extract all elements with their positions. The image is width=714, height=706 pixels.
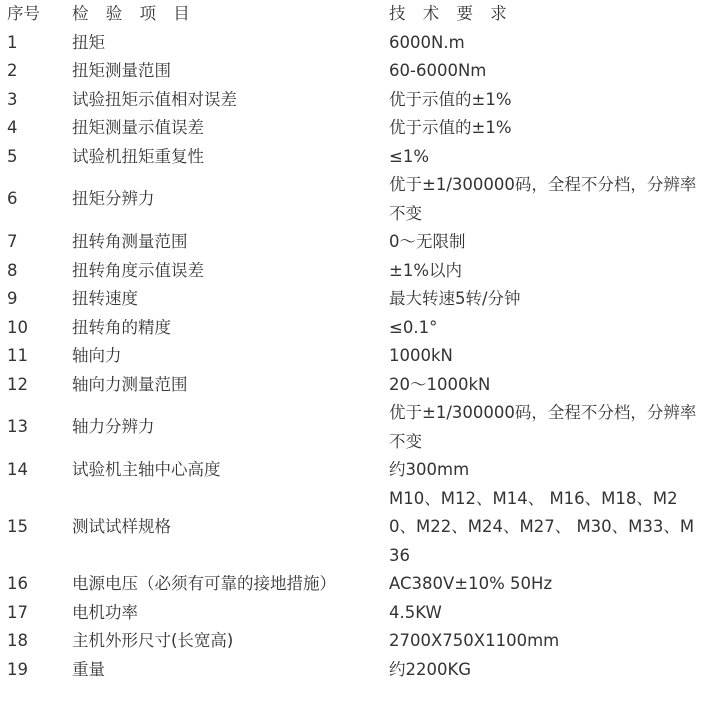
row-requirement: 6000N.m <box>389 29 714 58</box>
row-item: 扭矩 <box>72 29 389 58</box>
row-requirement: 20～1000kN <box>389 371 714 400</box>
table-row: 16 电源电压（必须有可靠的接地措施） AC380V±10% 50Hz <box>0 570 714 599</box>
header-requirement: 技 术 要 求 <box>389 0 714 29</box>
row-requirement: 优于示值的±1% <box>389 86 714 115</box>
row-index: 4 <box>0 114 72 143</box>
row-index: 8 <box>0 257 72 286</box>
table-row: 3 试验扭矩示值相对误差 优于示值的±1% <box>0 86 714 115</box>
row-index: 18 <box>0 627 72 656</box>
table-row: 6 扭矩分辨力 优于±1/300000码，全程不分档，分辨率不变 <box>0 171 714 228</box>
row-item: 主机外形尺寸(长宽高) <box>72 627 389 656</box>
row-item: 试验机扭矩重复性 <box>72 143 389 172</box>
row-index: 19 <box>0 656 72 685</box>
table-row: 8 扭转角度示值误差 ±1%以内 <box>0 257 714 286</box>
row-requirement: 优于示值的±1% <box>389 114 714 143</box>
row-index: 10 <box>0 314 72 343</box>
row-item: 重量 <box>72 656 389 685</box>
row-item: 扭矩测量范围 <box>72 57 389 86</box>
row-index: 14 <box>0 456 72 485</box>
row-item: 扭矩测量示值误差 <box>72 114 389 143</box>
row-requirement: ≤0.1° <box>389 314 714 343</box>
row-index: 9 <box>0 285 72 314</box>
table-row: 9 扭转速度 最大转速5转/分钟 <box>0 285 714 314</box>
table-row: 15 测试试样规格 M10、M12、M14、 M16、M18、M20、M22、M… <box>0 485 714 571</box>
table-row: 14 试验机主轴中心高度 约300mm <box>0 456 714 485</box>
row-index: 11 <box>0 342 72 371</box>
row-item: 扭矩分辨力 <box>72 171 389 228</box>
row-requirement: 60-6000Nm <box>389 57 714 86</box>
row-requirement: 约300mm <box>389 456 714 485</box>
row-requirement: 优于±1/300000码，全程不分档，分辨率不变 <box>389 171 714 228</box>
row-item: 扭转速度 <box>72 285 389 314</box>
row-requirement: 2700X750X1100mm <box>389 627 714 656</box>
table-row: 13 轴力分辨力 优于±1/300000码，全程不分档，分辨率不变 <box>0 399 714 456</box>
row-item: 测试试样规格 <box>72 485 389 571</box>
table-body: 1 扭矩 6000N.m 2 扭矩测量范围 60-6000Nm 3 试验扭矩示值… <box>0 29 714 685</box>
row-item: 轴向力 <box>72 342 389 371</box>
row-index: 17 <box>0 599 72 628</box>
row-index: 15 <box>0 485 72 571</box>
row-index: 13 <box>0 399 72 456</box>
row-index: 6 <box>0 171 72 228</box>
table-row: 5 试验机扭矩重复性 ≤1% <box>0 143 714 172</box>
row-requirement: AC380V±10% 50Hz <box>389 570 714 599</box>
row-requirement: 4.5KW <box>389 599 714 628</box>
table-row: 7 扭转角测量范围 0～无限制 <box>0 228 714 257</box>
row-item: 电机功率 <box>72 599 389 628</box>
row-index: 1 <box>0 29 72 58</box>
row-requirement: M10、M12、M14、 M16、M18、M20、M22、M24、M27、 M3… <box>389 485 714 571</box>
spec-table: 序号 检 验 项 目 技 术 要 求 1 扭矩 6000N.m 2 扭矩测量范围… <box>0 0 714 684</box>
table-row: 18 主机外形尺寸(长宽高) 2700X750X1100mm <box>0 627 714 656</box>
row-item: 电源电压（必须有可靠的接地措施） <box>72 570 389 599</box>
table-header-row: 序号 检 验 项 目 技 术 要 求 <box>0 0 714 29</box>
row-item: 试验扭矩示值相对误差 <box>72 86 389 115</box>
row-requirement: 优于±1/300000码，全程不分档，分辨率不变 <box>389 399 714 456</box>
row-item: 扭转角度示值误差 <box>72 257 389 286</box>
table-row: 4 扭矩测量示值误差 优于示值的±1% <box>0 114 714 143</box>
table-row: 11 轴向力 1000kN <box>0 342 714 371</box>
header-item: 检 验 项 目 <box>72 0 389 29</box>
row-item: 轴向力测量范围 <box>72 371 389 400</box>
row-requirement: 1000kN <box>389 342 714 371</box>
table-row: 1 扭矩 6000N.m <box>0 29 714 58</box>
table-row: 19 重量 约2200KG <box>0 656 714 685</box>
row-index: 12 <box>0 371 72 400</box>
row-index: 5 <box>0 143 72 172</box>
row-index: 16 <box>0 570 72 599</box>
row-item: 扭转角的精度 <box>72 314 389 343</box>
row-requirement: 约2200KG <box>389 656 714 685</box>
row-requirement: ±1%以内 <box>389 257 714 286</box>
row-item: 扭转角测量范围 <box>72 228 389 257</box>
row-index: 7 <box>0 228 72 257</box>
table-row: 2 扭矩测量范围 60-6000Nm <box>0 57 714 86</box>
row-index: 3 <box>0 86 72 115</box>
row-requirement: ≤1% <box>389 143 714 172</box>
table-row: 17 电机功率 4.5KW <box>0 599 714 628</box>
row-requirement: 最大转速5转/分钟 <box>389 285 714 314</box>
row-item: 试验机主轴中心高度 <box>72 456 389 485</box>
row-item: 轴力分辨力 <box>72 399 389 456</box>
table-row: 12 轴向力测量范围 20～1000kN <box>0 371 714 400</box>
header-index: 序号 <box>0 0 72 29</box>
row-index: 2 <box>0 57 72 86</box>
table-row: 10 扭转角的精度 ≤0.1° <box>0 314 714 343</box>
row-requirement: 0～无限制 <box>389 228 714 257</box>
